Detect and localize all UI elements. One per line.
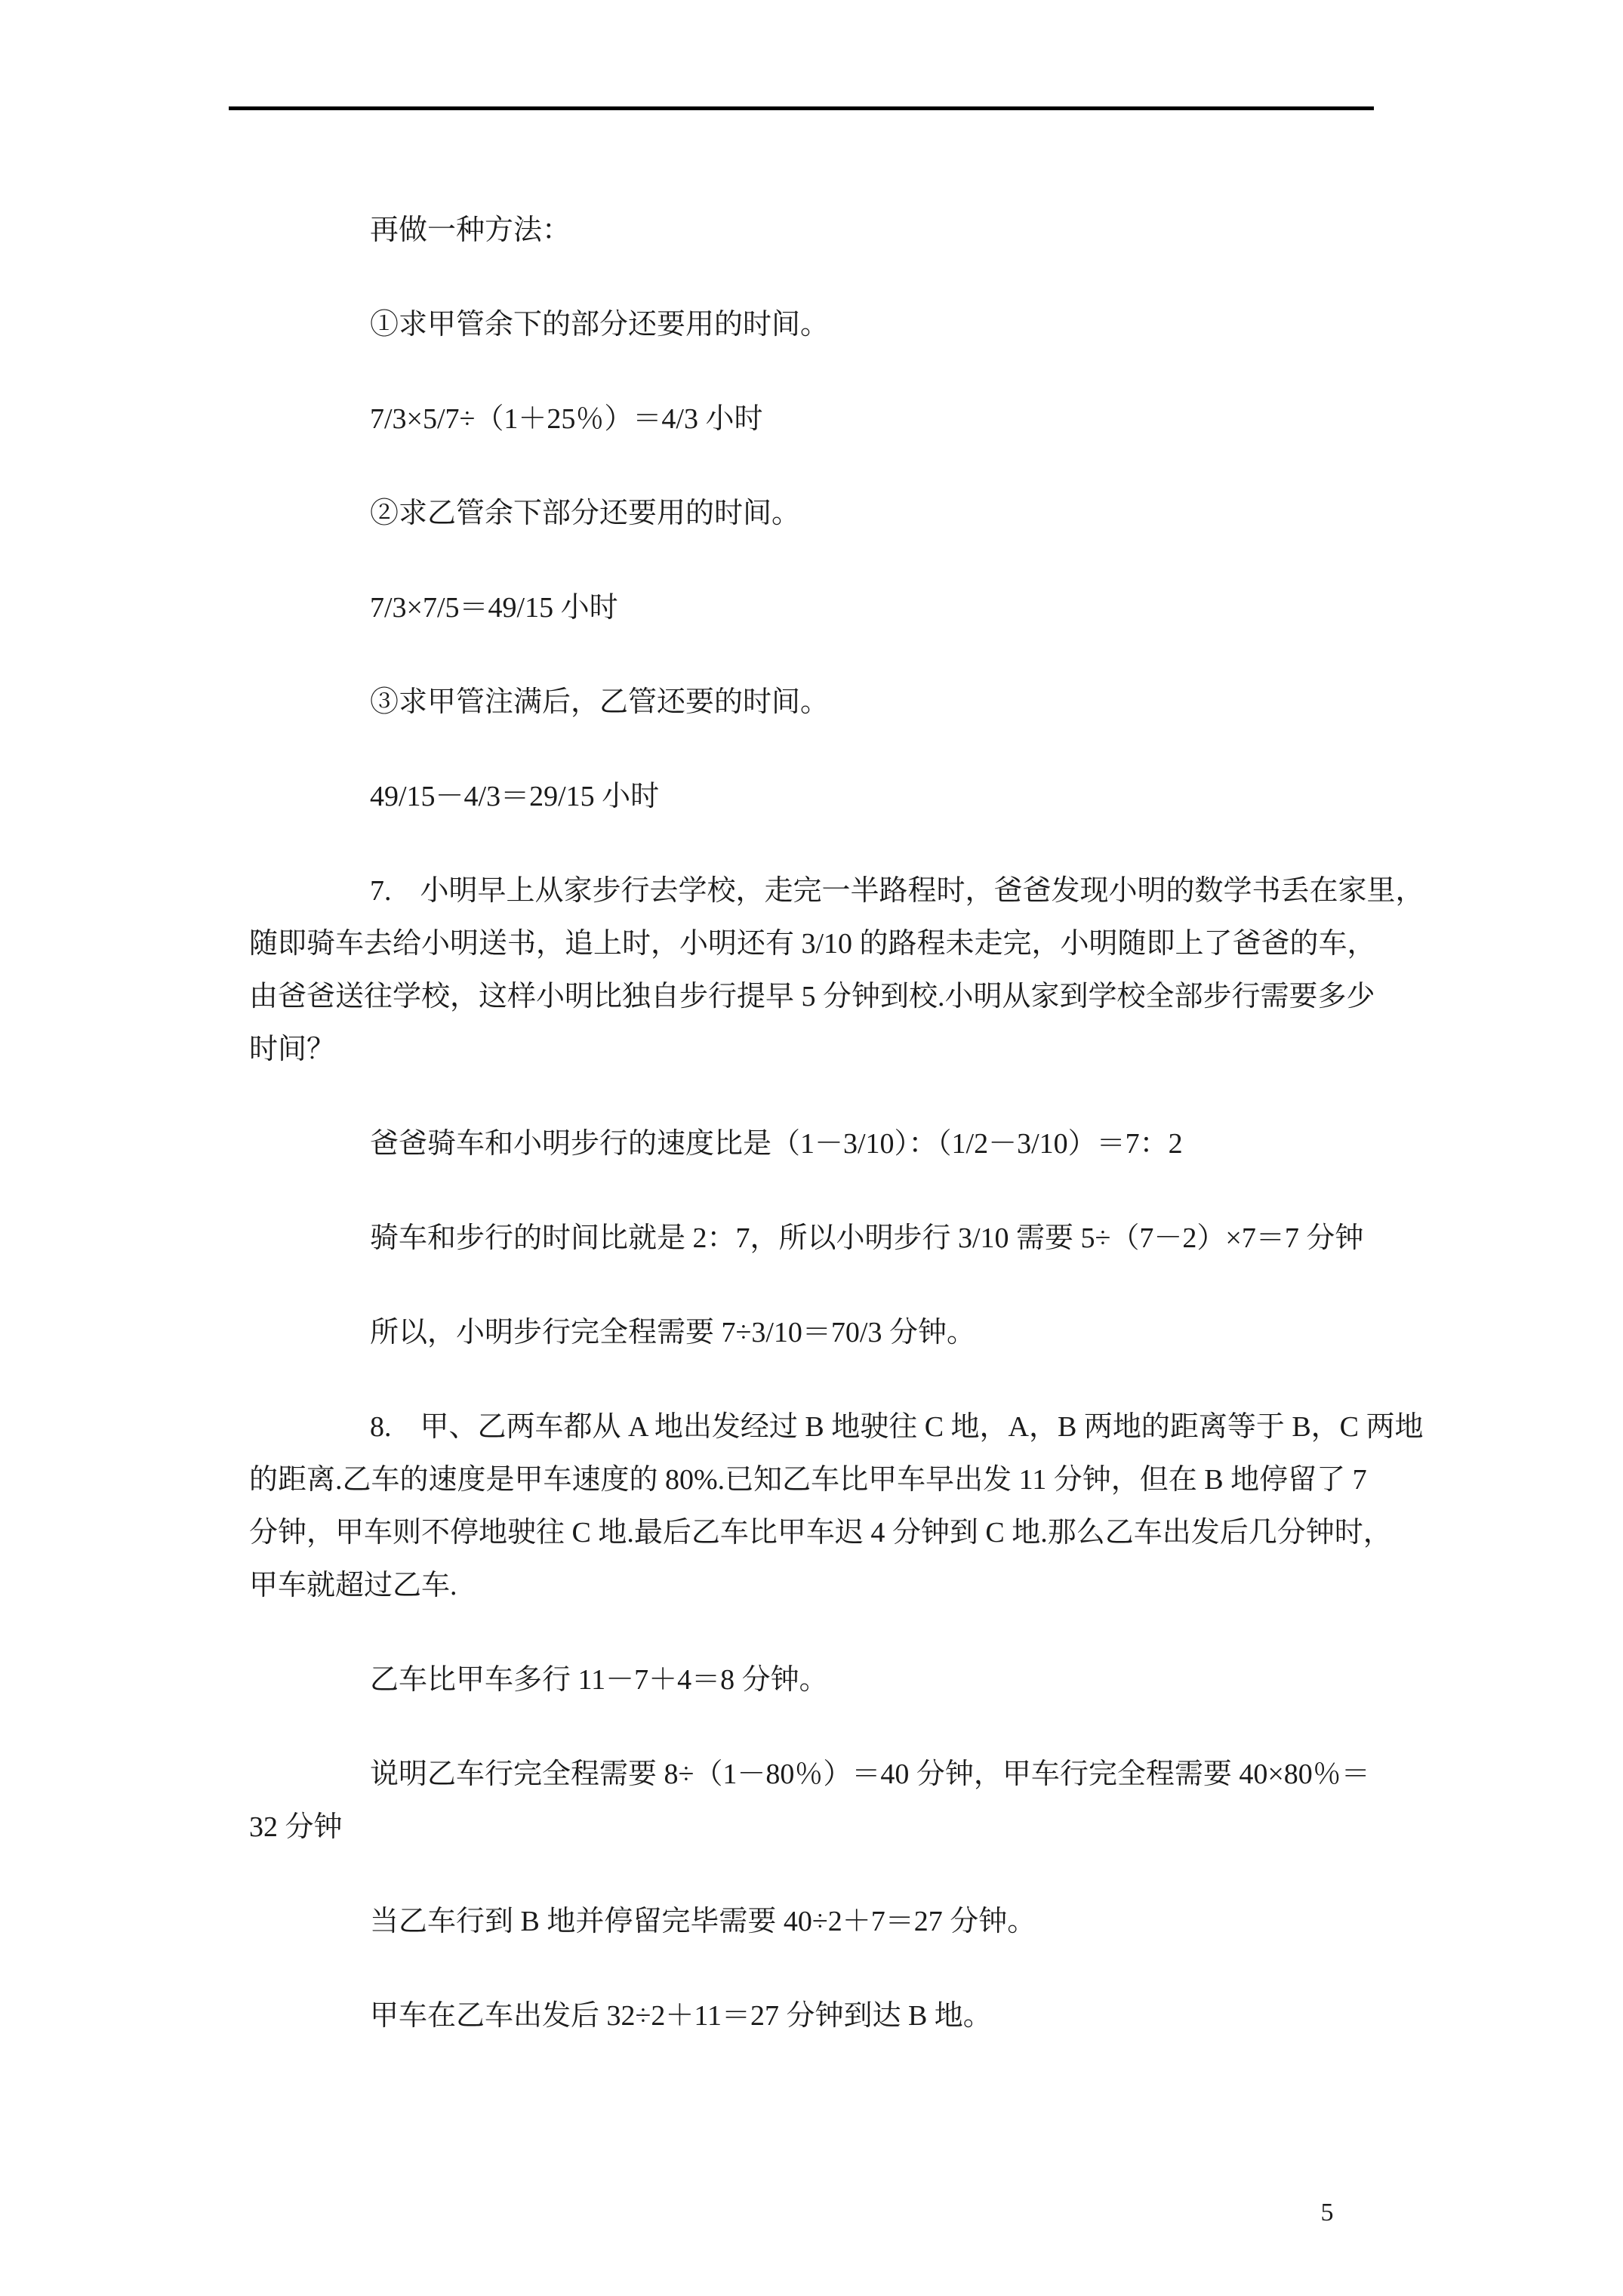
problem-7-line: 由爸爸送往学校，这样小明比独自步行提早 5 分钟到校.小明从家到学校全部步行需要…: [249, 978, 1397, 1015]
problem-7-line: 时间？: [249, 1031, 1397, 1068]
page-content: 再做一种方法： ①求甲管余下的部分还要用的时间。 7/3×5/7÷（1＋25％）…: [249, 0, 1397, 2035]
step-2-line: ②求乙管余下部分还要用的时间。: [370, 495, 1397, 532]
problem-8-line: 分钟，甲车则不停地驶往 C 地.最后乙车比甲车迟 4 分钟到 C 地.那么乙车出…: [249, 1514, 1397, 1552]
solution-line: 所以，小明步行完全程需要 7÷3/10＝70/3 分钟。: [370, 1314, 1397, 1351]
page-number: 5: [1312, 2194, 1342, 2232]
document-page: 再做一种方法： ①求甲管余下的部分还要用的时间。 7/3×5/7÷（1＋25％）…: [0, 0, 1623, 2296]
formula-line: 7/3×7/5＝49/15 小时: [370, 589, 1397, 627]
solution-line: 32 分钟: [249, 1808, 1397, 1846]
method-heading-line: 再做一种方法：: [370, 211, 1397, 249]
formula-line: 7/3×5/7÷（1＋25％）＝4/3 小时: [370, 400, 1397, 438]
formula-line: 49/15－4/3＝29/15 小时: [370, 778, 1397, 815]
problem-8-line: 的距离.乙车的速度是甲车速度的 80%.已知乙车比甲车早出发 11 分钟，但在 …: [249, 1461, 1397, 1499]
solution-line: 甲车在乙车出发后 32÷2＋11＝27 分钟到达 B 地。: [370, 1997, 1397, 2035]
problem-8-line: 8. 甲、乙两车都从 A 地出发经过 B 地驶往 C 地，A，B 两地的距离等于…: [370, 1408, 1397, 1446]
problem-8-line: 甲车就超过乙车.: [249, 1567, 1397, 1604]
solution-line: 说明乙车行完全程需要 8÷（1－80％）＝40 分钟，甲车行完全程需要 40×8…: [370, 1755, 1397, 1793]
solution-line: 骑车和步行的时间比就是 2：7，所以小明步行 3/10 需要 5÷（7－2）×7…: [370, 1219, 1397, 1257]
step-3-line: ③求甲管注满后，乙管还要的时间。: [370, 683, 1397, 721]
solution-line: 乙车比甲车多行 11－7＋4＝8 分钟。: [370, 1661, 1397, 1699]
step-1-line: ①求甲管余下的部分还要用的时间。: [370, 306, 1397, 344]
problem-7-line: 随即骑车去给小明送书，追上时，小明还有 3/10 的路程未走完，小明随即上了爸爸…: [249, 925, 1397, 963]
problem-7-line: 7. 小明早上从家步行去学校，走完一半路程时，爸爸发现小明的数学书丢在家里，: [370, 872, 1397, 910]
solution-line: 当乙车行到 B 地并停留完毕需要 40÷2＋7＝27 分钟。: [370, 1903, 1397, 1940]
solution-line: 爸爸骑车和小明步行的速度比是（1－3/10）：（1/2－3/10）＝7：2: [370, 1125, 1397, 1163]
